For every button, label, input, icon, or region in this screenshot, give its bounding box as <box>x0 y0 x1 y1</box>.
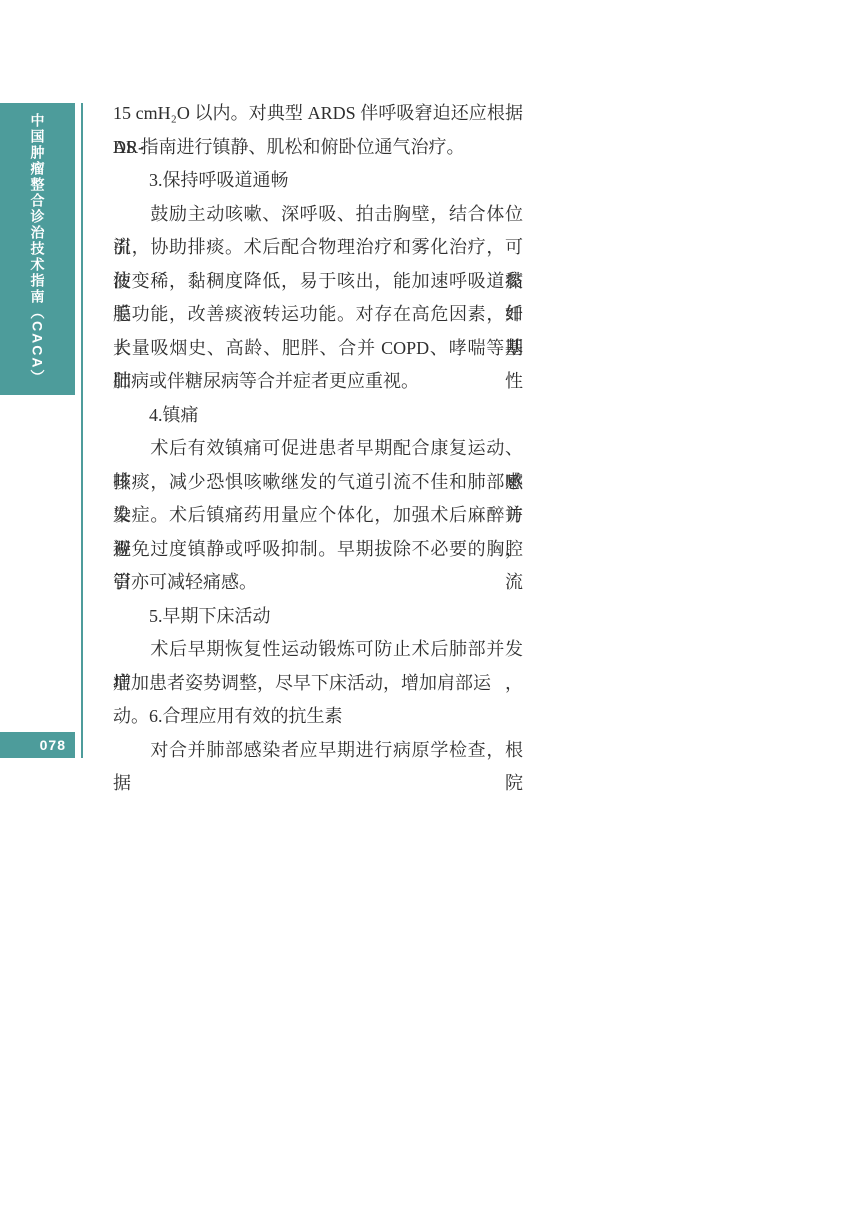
text-line: 避免过度镇静或呼吸抑制。早期拔除不必要的胸腔引流 <box>113 533 523 567</box>
text-line: 排痰，减少恐惧咳嗽继发的气道引流不佳和肺部感染并 <box>113 466 523 500</box>
text-line: 术后有效镇痛可促进患者早期配合康复运动、咳嗽 <box>113 432 523 466</box>
text-line: 术后早期恢复性运动锻炼可防止术后肺部并发症， <box>113 633 523 667</box>
text-line: 对合并肺部感染者应早期进行病原学检查，根据院 <box>113 734 523 768</box>
text-line: DS 指南进行镇静、肌松和俯卧位通气治疗。 <box>113 131 523 165</box>
page-number-tab: 078 <box>0 732 75 758</box>
book-title-banner: 中国肿瘤整合诊治技术指南（CACA） <box>0 103 75 395</box>
body-text: 15 cmH₂O 以内。对典型 ARDS 伴呼吸窘迫还应根据 AR-DS 指南进… <box>113 97 523 767</box>
text-line: 增加患者姿势调整，尽早下床活动，增加肩部运动。 <box>113 667 523 701</box>
text-line: 6.合理应用有效的抗生素 <box>113 700 523 734</box>
page-number: 078 <box>40 737 66 753</box>
text-line: 鼓励主动咳嗽、深呼吸、拍击胸壁，结合体位引 <box>113 198 523 232</box>
book-title-vertical-text: 中国肿瘤整合诊治技术指南（CACA） <box>31 113 45 385</box>
text-line: 4.镇痛 <box>113 399 523 433</box>
text-line: 发症。术后镇痛药用量应个体化，加强术后麻醉访视， <box>113 499 523 533</box>
text-line: 3.保持呼吸道通畅 <box>113 164 523 198</box>
text-line: 15 cmH₂O 以内。对典型 ARDS 伴呼吸窘迫还应根据 AR- <box>113 97 523 131</box>
text-line: 大量吸烟史、高龄、肥胖、合并 COPD、哮喘等基础性 <box>113 332 523 366</box>
vertical-divider-rule <box>81 103 83 758</box>
text-line: 毛功能，改善痰液转运功能。对存在高危因素，如长期 <box>113 298 523 332</box>
text-line: 液变稀，黏稠度降低，易于咳出，能加速呼吸道黏膜纤 <box>113 265 523 299</box>
text-line: 5.早期下床活动 <box>113 600 523 634</box>
text-line: 流，协助排痰。术后配合物理治疗和雾化治疗，可使痰 <box>113 231 523 265</box>
